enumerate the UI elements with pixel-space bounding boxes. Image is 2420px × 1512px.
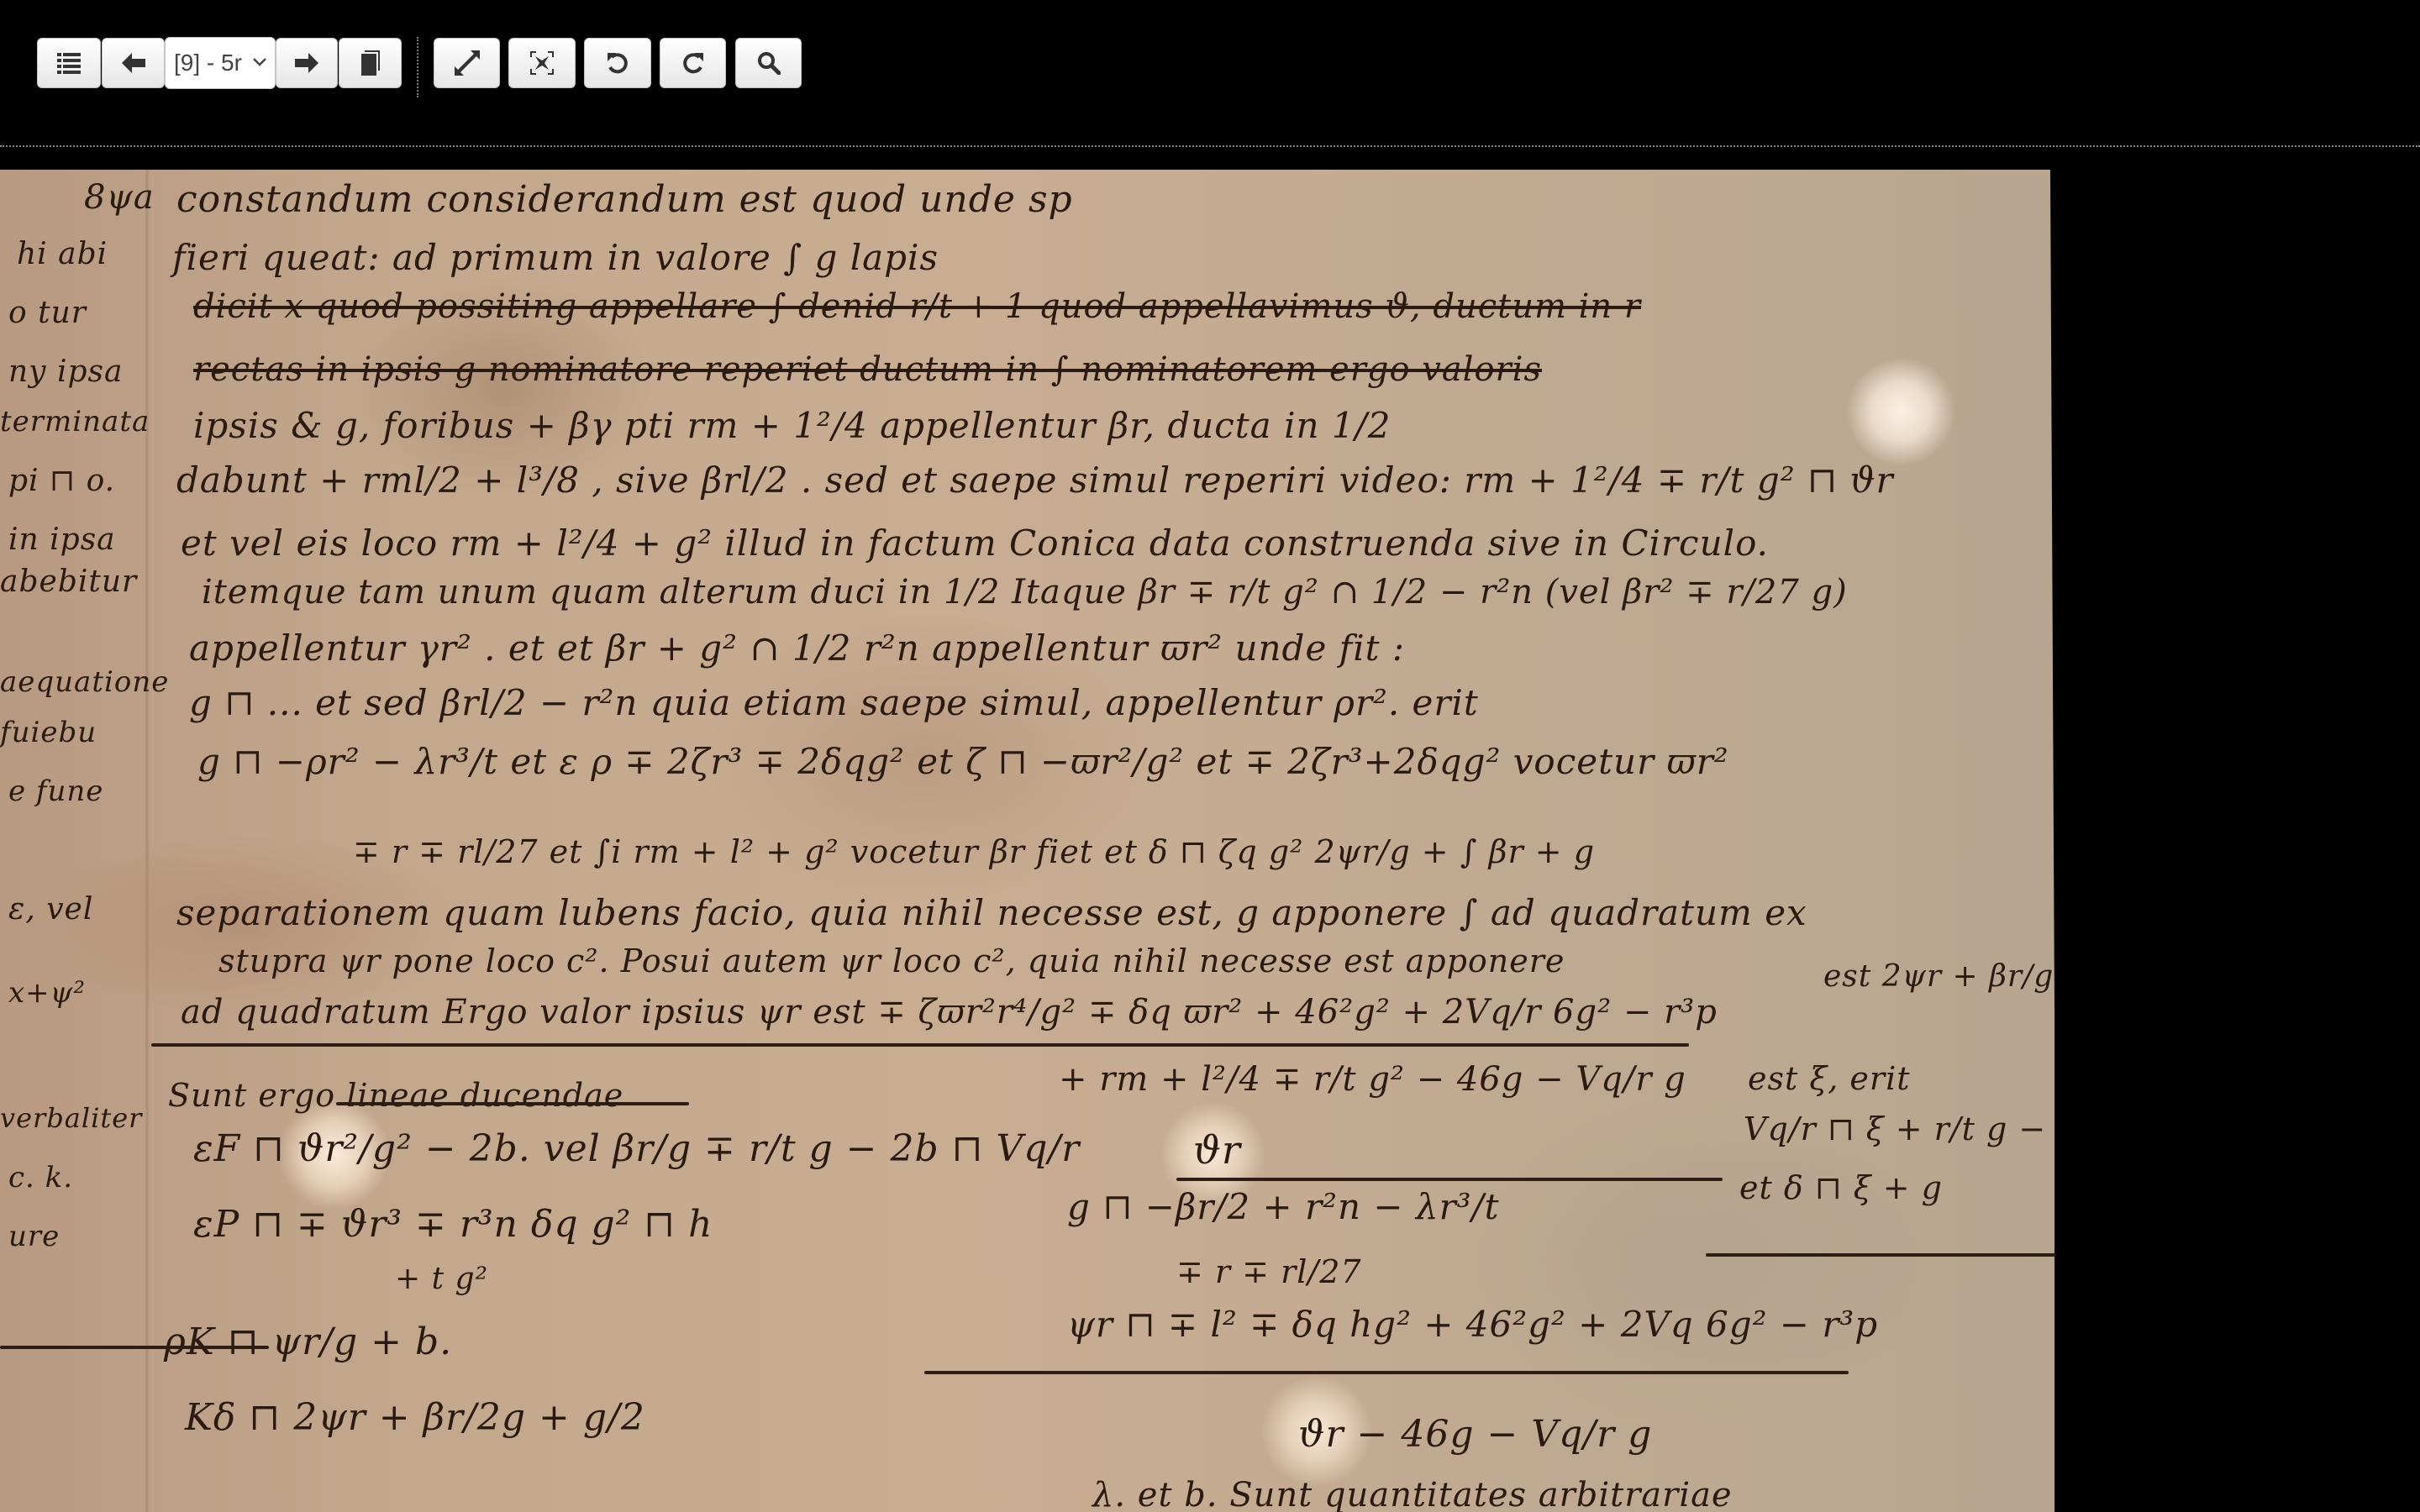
manuscript-margin-text: ure <box>8 1220 60 1253</box>
manuscript-text-line: g ⊓ −ρr² − λr³/t et ε ρ ∓ 2ζr³ ∓ 2δqg² e… <box>197 741 1729 782</box>
manuscript-margin-text: abebitur <box>0 564 137 599</box>
page-select[interactable]: [9] - 5r <box>165 37 276 89</box>
manuscript-text-line: separationem quam lubens facio, quia nih… <box>176 892 1807 933</box>
manuscript-text-line: fieri queat: ad primum in valore ∫ g lap… <box>172 237 939 278</box>
manuscript-margin-text: o tur <box>8 296 87 330</box>
manuscript-text-line: + rm + l²/4 ∓ r/t g² − 46g − Vq/r g <box>1059 1060 1686 1099</box>
book-icon <box>360 50 381 76</box>
manuscript-margin-text: aequatione <box>0 665 169 699</box>
arrow-left-icon <box>122 53 145 73</box>
book-view-button[interactable] <box>339 38 402 88</box>
fullscreen-button[interactable] <box>434 38 500 88</box>
page-fold-line <box>145 170 150 1512</box>
manuscript-text-line: ϑr <box>1193 1127 1241 1173</box>
expand-icon <box>455 50 480 76</box>
manuscript-rule-line <box>1706 1253 2059 1257</box>
manuscript-margin-text: fuiebu <box>0 716 97 749</box>
manuscript-text-line: dabunt + rml/2 + l³/8 , sive βrl/2 . sed… <box>176 459 1894 501</box>
zoom-search-button[interactable] <box>735 38 802 88</box>
manuscript-margin-text: in ipsa <box>8 522 116 557</box>
manuscript-text-line: appellentur γr² . et et βr + g² ∩ 1/2 r²… <box>189 627 1405 669</box>
manuscript-text-line: constandum considerandum est quod unde s… <box>176 178 1073 221</box>
manuscript-text-line: et vel eis loco rm + l²/4 + g² illud in … <box>181 522 1769 564</box>
image-viewer[interactable]: 8ψahi abio turny ipsaterminatapi ⊓ o.in … <box>0 147 2420 1512</box>
search-icon <box>757 51 781 75</box>
manuscript-margin-text: pi ⊓ o. <box>8 464 115 498</box>
manuscript-text-line: Vq/r ⊓ ξ + r/t g − 2b <box>1744 1110 2100 1147</box>
manuscript-margin-text: x+ψ² <box>8 976 86 1010</box>
manuscript-margin-text: terminata <box>0 405 150 438</box>
manuscript-margin-text: 8ψa <box>84 178 155 217</box>
manuscript-text-line: g ⊓ ... et sed βrl/2 − r²n quia etiam sa… <box>189 682 1479 723</box>
rotate-right-button[interactable] <box>660 38 726 88</box>
manuscript-margin-text: ny ipsa <box>8 354 123 389</box>
manuscript-rule-line <box>1176 1178 1723 1181</box>
manuscript-text-line: + t g² <box>395 1262 488 1296</box>
manuscript-rule-line <box>924 1371 1849 1374</box>
manuscript-rule-line <box>336 1102 689 1105</box>
manuscript-text-line: est 2ψr + βr/g <box>1823 959 2054 994</box>
manuscript-text-line: dicit x quod possiting appellare ∫ denid… <box>193 287 1641 326</box>
manuscript-text-line: itemque tam unum quam alterum duci in 1/… <box>202 573 1848 612</box>
manuscript-text-line: εF ⊓ ϑr²/g² − 2b. vel βr/g ∓ r/t g − 2b … <box>193 1127 1080 1170</box>
next-page-button[interactable] <box>276 38 338 88</box>
manuscript-text-line: λ. et b. Sunt quantitates arbitrariae <box>1092 1476 1733 1512</box>
manuscript-text-line: εP ⊓ ∓ ϑr³ ∓ r³n δq g² ⊓ h <box>193 1203 713 1246</box>
table-of-contents-button[interactable] <box>37 38 101 88</box>
manuscript-text-line: ipsis & g, foribus + βγ pti rm + 1²/4 ap… <box>193 405 1391 446</box>
list-icon <box>57 52 81 74</box>
manuscript-margin-text: hi abi <box>17 237 108 271</box>
manuscript-text-line: ad quadratum Ergo valor ipsius ψr est ∓ … <box>181 993 1718 1032</box>
fit-to-screen-button[interactable] <box>508 38 576 88</box>
manuscript-text-line: est ξ, erit <box>1748 1060 1911 1097</box>
manuscript-text-line: stupra ψr pone loco c². Posui autem ψr l… <box>218 942 1565 979</box>
manuscript-rule-line <box>0 1346 269 1349</box>
viewer-toolbar: [9] - 5r <box>0 0 2420 146</box>
chevron-down-icon <box>253 56 266 71</box>
manuscript-margin-text: verbaliter <box>0 1102 142 1134</box>
manuscript-text-line: rectas in ipsis g nominatore reperiet du… <box>193 350 1542 389</box>
manuscript-margin-text: c. k. <box>8 1161 73 1194</box>
manuscript-margin-text: e fune <box>8 774 103 808</box>
fit-to-screen-icon <box>530 51 554 75</box>
rotate-right-icon <box>681 51 705 75</box>
manuscript-text-line: ∓ r ∓ rl/27 <box>1176 1253 1362 1290</box>
manuscript-text-line: g ⊓ −βr/2 + r²n − λr³/t <box>1067 1186 1500 1227</box>
page-select-value: [9] - 5r <box>174 50 245 76</box>
previous-page-button[interactable] <box>102 38 165 88</box>
manuscript-text-line: Sunt ergo lineae ducendae <box>168 1077 623 1114</box>
manuscript-text-line: ψr ⊓ ∓ l² ∓ δq hg² + 46²g² + 2Vq 6g² − r… <box>1067 1304 1878 1345</box>
rotate-left-icon <box>606 51 629 75</box>
toolbar-divider <box>417 37 418 97</box>
manuscript-rule-line <box>151 1043 1689 1047</box>
manuscript-text-line: ρK ⊓ ψr/g + b. <box>164 1320 452 1363</box>
manuscript-page-image[interactable]: 8ψahi abio turny ipsaterminatapi ⊓ o.in … <box>0 170 2054 1512</box>
manuscript-text-line: ϑr − 46g − Vq/r g <box>1298 1413 1652 1456</box>
rotate-left-button[interactable] <box>584 38 651 88</box>
arrow-right-icon <box>295 53 318 73</box>
manuscript-text-line: Kδ ⊓ 2ψr + βr/2g + g/2 <box>185 1396 645 1439</box>
manuscript-text-line: ∓ r ∓ rl/27 et ∫i rm + l² + g² vocetur β… <box>353 833 1595 870</box>
manuscript-margin-text: ε, vel <box>8 892 93 927</box>
manuscript-text-line: et δ ⊓ ξ + g <box>1739 1169 1943 1206</box>
